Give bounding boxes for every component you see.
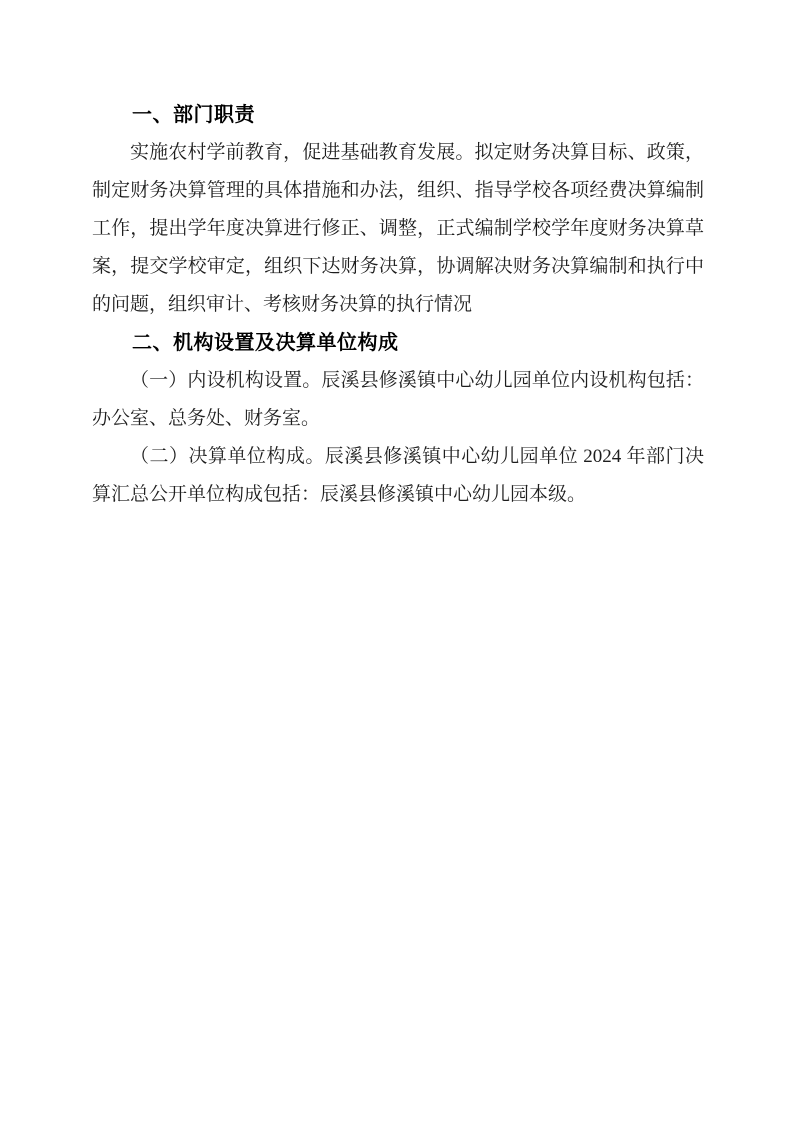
section-heading-org-structure: 二、机构设置及决算单位构成: [92, 324, 704, 362]
paragraph-final-accounts-units: （二）决算单位构成。辰溪县修溪镇中心幼儿园单位 2024 年部门决算汇总公开单位…: [92, 438, 704, 514]
paragraph-internal-org: （一）内设机构设置。辰溪县修溪镇中心幼儿园单位内设机构包括：办公室、总务处、财务…: [92, 362, 704, 438]
document-page: 一、部门职责 实施农村学前教育，促进基础教育发展。拟定财务决算目标、政策，制定财…: [0, 0, 793, 1122]
section-heading-department-duties: 一、部门职责: [92, 96, 704, 134]
paragraph-department-duties: 实施农村学前教育，促进基础教育发展。拟定财务决算目标、政策，制定财务决算管理的具…: [92, 134, 704, 324]
document-content: 一、部门职责 实施农村学前教育，促进基础教育发展。拟定财务决算目标、政策，制定财…: [92, 96, 704, 514]
